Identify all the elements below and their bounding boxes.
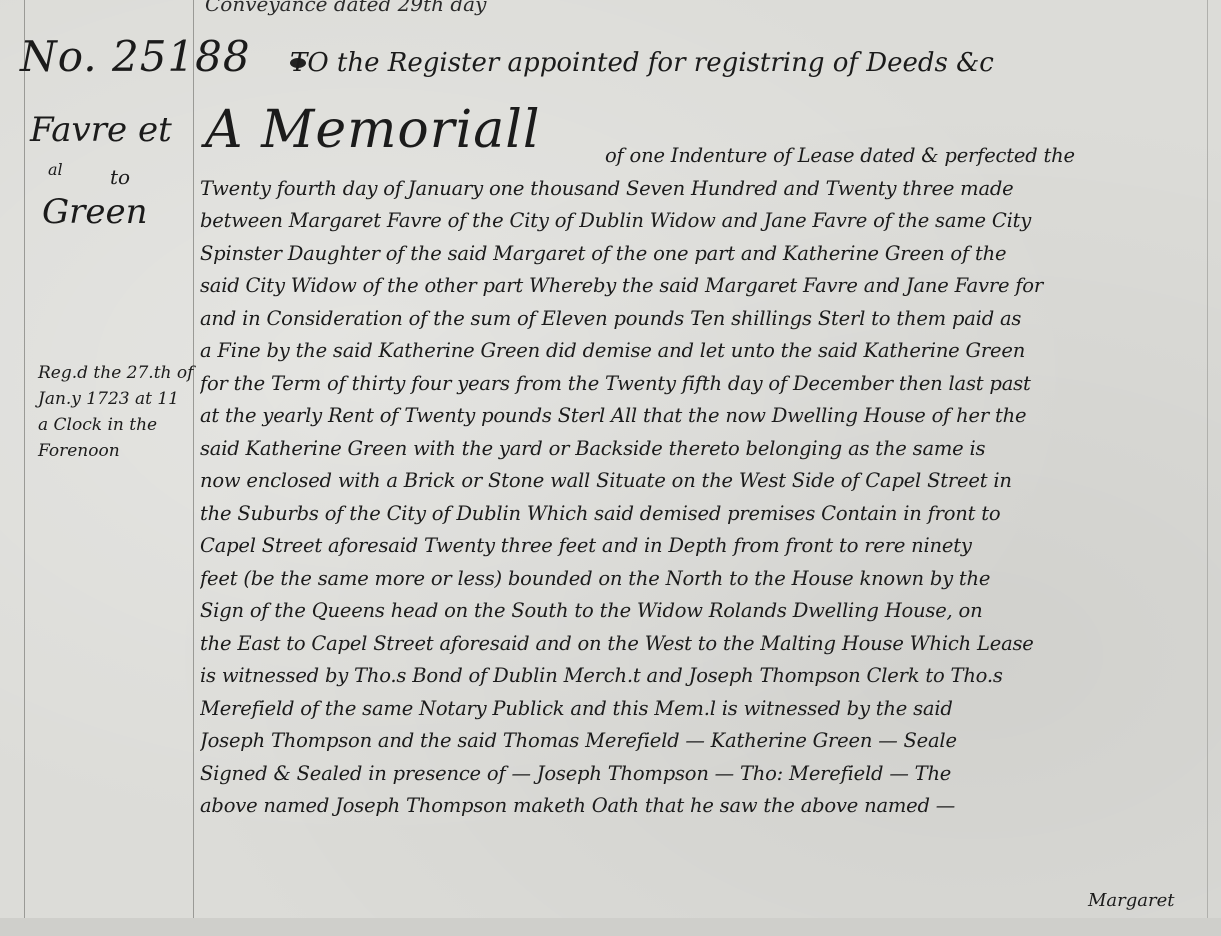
- body-line: of one Indenture of Lease dated & perfec…: [200, 140, 1200, 173]
- margin-connector: to: [110, 165, 130, 189]
- body-line: and in Consideration of the sum of Eleve…: [200, 303, 1200, 336]
- salutation-line: TO the Register appointed for registring…: [290, 48, 994, 78]
- body-line: now enclosed with a Brick or Stone wall …: [200, 465, 1200, 498]
- registration-note-line: Forenoon: [38, 438, 188, 464]
- registration-note: Reg.d the 27.th of Jan.y 1723 at 11 a Cl…: [38, 360, 188, 464]
- body-line: Joseph Thompson and the said Thomas Mere…: [200, 725, 1200, 758]
- body-line: said City Widow of the other part Whereb…: [200, 270, 1200, 303]
- entry-number: No. 25188: [20, 32, 251, 81]
- margin-party-2: Green: [42, 192, 148, 232]
- body-line: the East to Capel Street aforesaid and o…: [200, 628, 1200, 661]
- body-line: Merefield of the same Notary Publick and…: [200, 693, 1200, 726]
- body-line: Sign of the Queens head on the South to …: [200, 595, 1200, 628]
- margin-party-1-note: al: [48, 160, 63, 179]
- body-line: feet (be the same more or less) bounded …: [200, 563, 1200, 596]
- registration-note-line: Reg.d the 27.th of: [38, 360, 188, 386]
- body-line: is witnessed by Tho.s Bond of Dublin Mer…: [200, 660, 1200, 693]
- body-line: for the Term of thirty four years from t…: [200, 368, 1200, 401]
- registration-note-line: Jan.y 1723 at 11: [38, 386, 188, 412]
- body-line: at the yearly Rent of Twenty pounds Ster…: [200, 400, 1200, 433]
- body-line: Spinster Daughter of the said Margaret o…: [200, 238, 1200, 271]
- body-line: Signed & Sealed in presence of — Joseph …: [200, 758, 1200, 791]
- register-page: Conveyance dated 29th day No. 25188 TO t…: [0, 0, 1221, 936]
- registration-note-line: a Clock in the: [38, 412, 188, 438]
- margin-party-1: Favre et: [30, 110, 172, 150]
- body-line: the Suburbs of the City of Dublin Which …: [200, 498, 1200, 531]
- body-line: said Katherine Green with the yard or Ba…: [200, 433, 1200, 466]
- body-line: Twenty fourth day of January one thousan…: [200, 173, 1200, 206]
- body-line: a Fine by the said Katherine Green did d…: [200, 335, 1200, 368]
- left-border-rule: [24, 0, 25, 936]
- margin-rule: [193, 0, 194, 936]
- body-line: Capel Street aforesaid Twenty three feet…: [200, 530, 1200, 563]
- body-line: between Margaret Favre of the City of Du…: [200, 205, 1200, 238]
- previous-entry-fragment: Conveyance dated 29th day: [205, 0, 486, 16]
- right-border-rule: [1207, 0, 1208, 936]
- page-bottom-edge: [0, 918, 1221, 936]
- continued-name: Margaret: [1088, 890, 1175, 911]
- memorial-body: of one Indenture of Lease dated & perfec…: [200, 140, 1200, 823]
- body-line: above named Joseph Thompson maketh Oath …: [200, 790, 1200, 823]
